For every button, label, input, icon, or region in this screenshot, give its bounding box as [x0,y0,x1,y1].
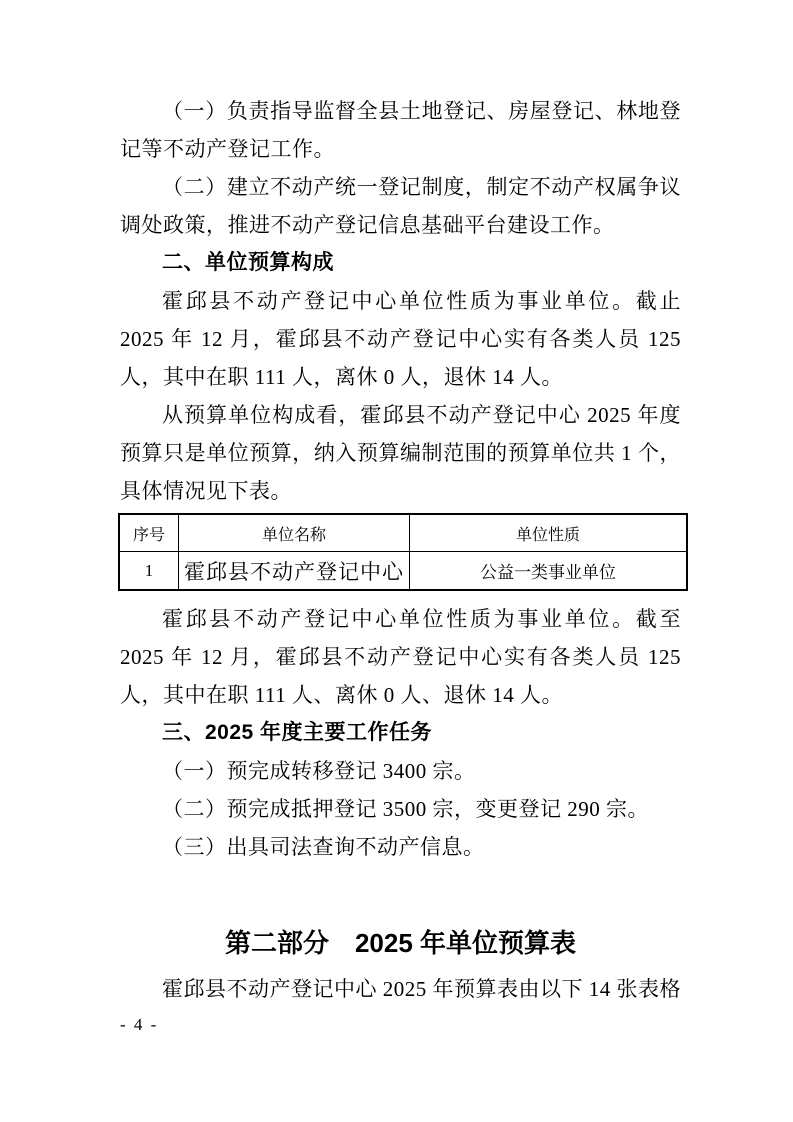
section2-paragraph-2: 从预算单位构成看，霍邱县不动产登记中心 2025 年度预算只是单位预算，纳入预算… [120,396,681,510]
cell-unit-name: 霍邱县不动产登记中心 [179,552,410,591]
section2-paragraph-1: 霍邱县不动产登记中心单位性质为事业单位。截止 2025 年 12 月，霍邱县不动… [120,282,681,396]
cell-unit-nature: 公益一类事业单位 [410,552,688,591]
task-item-2: （二）预完成抵押登记 3500 宗，变更登记 290 宗。 [120,790,681,828]
page-number: - 4 - [120,1013,158,1037]
document-page: （一）负责指导监督全县土地登记、房屋登记、林地登记等不动产登记工作。 （二）建立… [0,0,793,1122]
budget-units-table: 序号 单位名称 单位性质 1 霍邱县不动产登记中心 公益一类事业单位 [118,513,688,591]
section2-paragraph-3: 霍邱县不动产登记中心单位性质为事业单位。截至 2025 年 12 月，霍邱县不动… [120,600,681,714]
header-unit-nature: 单位性质 [410,514,688,552]
content-area: （一）负责指导监督全县土地登记、房屋登记、林地登记等不动产登记工作。 （二）建立… [120,92,681,1008]
task-item-1: （一）预完成转移登记 3400 宗。 [120,752,681,790]
cell-seq-number: 1 [119,552,179,591]
header-seq-number: 序号 [119,514,179,552]
duty-item-2: （二）建立不动产统一登记制度，制定不动产权属争议调处政策，推进不动产登记信息基础… [120,168,681,244]
section2-heading: 二、单位预算构成 [120,244,681,282]
part2-title: 第二部分 2025 年单位预算表 [120,922,681,964]
table-header-row: 序号 单位名称 单位性质 [119,514,687,552]
duty-item-1: （一）负责指导监督全县土地登记、房屋登记、林地登记等不动产登记工作。 [120,92,681,168]
part2-paragraph: 霍邱县不动产登记中心 2025 年预算表由以下 14 张表格 [120,970,681,1008]
table-row: 1 霍邱县不动产登记中心 公益一类事业单位 [119,552,687,591]
section3-heading: 三、2025 年度主要工作任务 [120,714,681,752]
header-unit-name: 单位名称 [179,514,410,552]
task-item-3: （三）出具司法查询不动产信息。 [120,828,681,866]
